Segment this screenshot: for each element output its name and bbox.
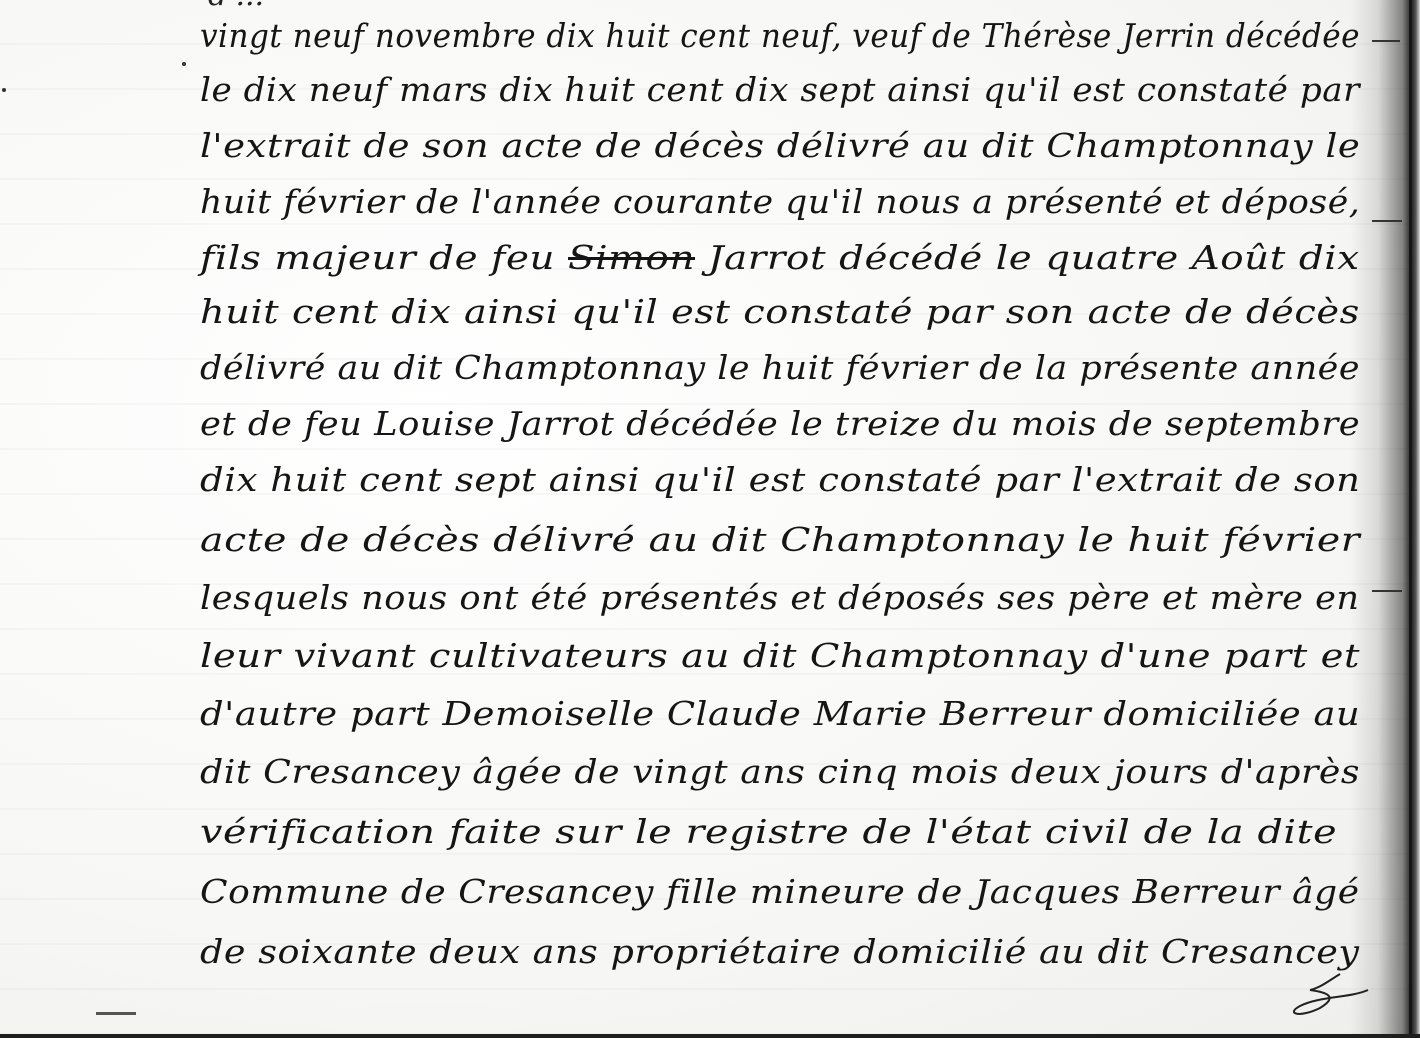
- text-line-16: Commune de Cresancey fille mineure de Ja…: [200, 872, 1360, 911]
- margin-mark: [96, 1012, 136, 1015]
- ruled-tick: [1372, 220, 1402, 222]
- text-line-12: leur vivant cultivateurs au dit Champton…: [200, 636, 1360, 675]
- text-line-2: le dix neuf mars dix huit cent dix sept …: [200, 70, 1360, 109]
- ink-speck: [182, 62, 186, 66]
- text-line-8: et de feu Louise Jarrot décédée le treiz…: [200, 404, 1360, 443]
- text-line-5: fils majeur de feu Simon Jarrot décédé l…: [200, 238, 1360, 277]
- text-line-7: délivré au dit Champtonnay le huit févri…: [200, 348, 1360, 387]
- paraph-flourish-icon: [1280, 970, 1370, 1020]
- document-page: d'... vingt neuf novembre dix huit cent …: [0, 0, 1420, 1034]
- text-line-15: vérification faite sur le registre de l'…: [200, 812, 1337, 851]
- text-line-14: dit Cresancey âgée de vingt ans cinq moi…: [200, 752, 1360, 791]
- text-line-13: d'autre part Demoiselle Claude Marie Ber…: [200, 694, 1360, 733]
- ink-speck: [2, 88, 6, 92]
- ruled-tick: [1372, 40, 1400, 42]
- text-line-4: huit février de l'année courante qu'il n…: [200, 182, 1360, 221]
- struck-word: Simon: [568, 238, 695, 277]
- partial-top-line: d'...: [208, 0, 264, 13]
- text-line-6: huit cent dix ainsi qu'il est constaté p…: [200, 292, 1360, 331]
- binding-edge: [1409, 0, 1412, 1034]
- text-line-9: dix huit cent sept ainsi qu'il est const…: [200, 460, 1361, 499]
- scan-bottom-border: [0, 1034, 1420, 1038]
- text-line-11: lesquels nous ont été présentés et dépos…: [200, 578, 1360, 617]
- text-line-3: l'extrait de son acte de décès délivré a…: [200, 126, 1360, 165]
- text-line-5-content: fils majeur de feu Simon Jarrot décédé l…: [200, 238, 1360, 277]
- text-line-10: acte de décès délivré au dit Champtonnay…: [200, 520, 1360, 559]
- text-line-17: de soixante deux ans propriétaire domici…: [200, 932, 1360, 971]
- text-line-1: vingt neuf novembre dix huit cent neuf, …: [200, 16, 1360, 55]
- ruled-tick: [1372, 590, 1402, 592]
